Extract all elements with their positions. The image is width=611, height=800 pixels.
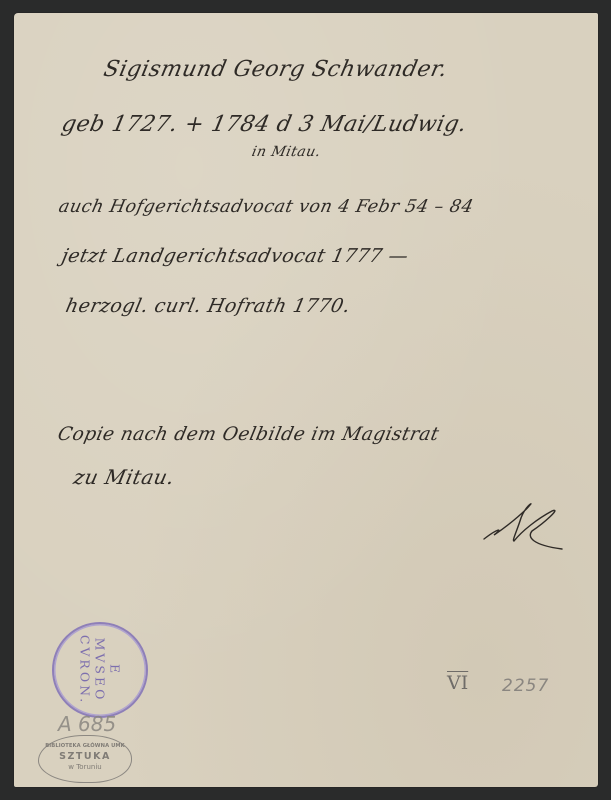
place-line: in Mitau. [250, 144, 322, 160]
library-stamp-top: BIBLIOTEKA GŁÓWNA UMK [39, 743, 131, 749]
museum-stamp-line-3: CVRON. [78, 635, 93, 705]
heading-name: Sigismund Georg Schwander. [101, 57, 449, 82]
library-stamp: BIBLIOTEKA GŁÓWNA UMK SZTUKA w Toruniu [38, 735, 132, 783]
roman-numeral-mark: VI [447, 672, 468, 694]
museum-stamp: E MVSEO CVRON. [52, 622, 148, 718]
birth-death-line: geb 1727. + 1784 d 3 Mai/Ludwig. [59, 112, 469, 137]
career-line-3: herzogl. curl. Hofrath 1770. [64, 295, 353, 317]
library-stamp-middle: SZTUKA [39, 751, 131, 762]
accession-number: A 685 [58, 712, 116, 736]
career-line-1: auch Hofgerichtsadvocat von 4 Febr 54 – … [57, 197, 475, 217]
library-stamp-bottom: w Toruniu [39, 763, 131, 771]
copy-note-line-2: zu Mitau. [71, 465, 176, 489]
museum-stamp-line-2: MVSEO [93, 635, 108, 705]
signature-mark [482, 501, 572, 551]
copy-note-line-1: Copie nach dem Oelbilde im Magistrat [56, 424, 441, 445]
museum-stamp-line-1: E [108, 635, 123, 705]
catalog-number: 2257 [502, 676, 549, 696]
career-line-2: jetzt Landgerichtsadvocat 1777 — [60, 245, 411, 267]
